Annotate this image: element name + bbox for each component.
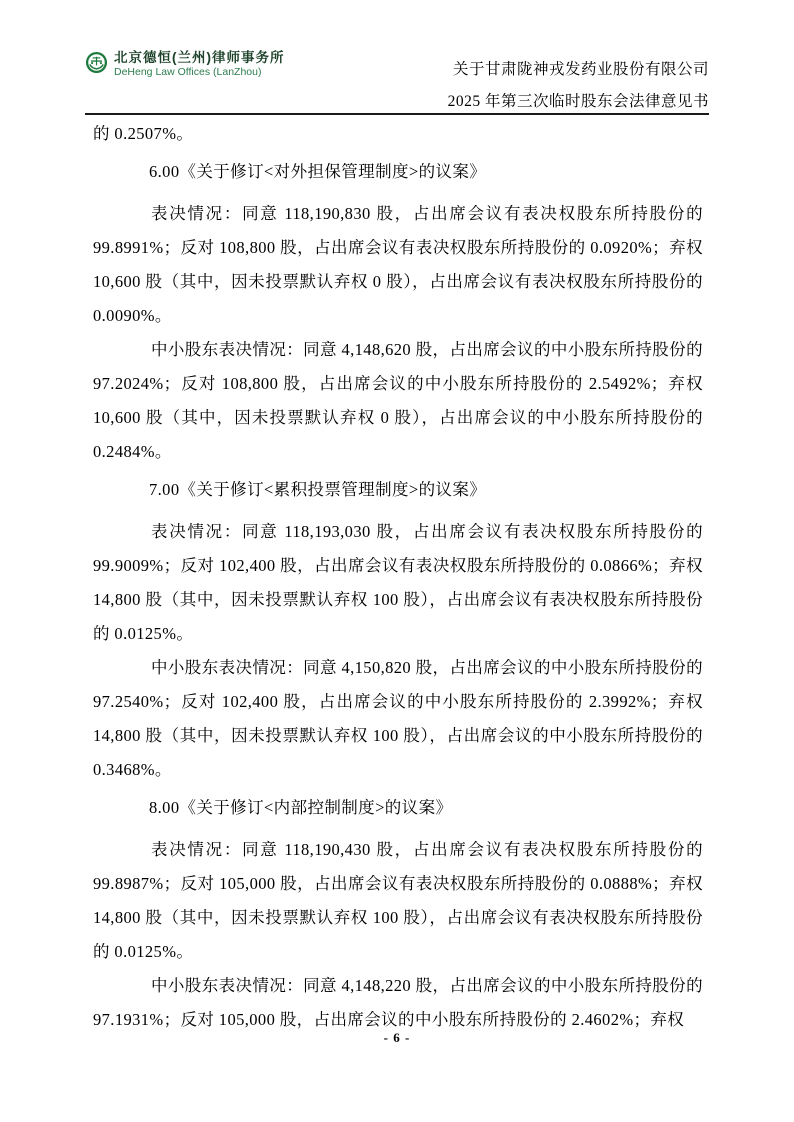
deheng-seal-icon (85, 51, 108, 74)
paragraph: 表决情况：同意 118,190,430 股，占出席会议有表决权股东所持股份的 9… (93, 833, 703, 969)
paragraph: 的 0.2507%。 (93, 117, 703, 151)
document-body: 的 0.2507%。6.00《关于修订<对外担保管理制度>的议案》表决情况：同意… (93, 117, 703, 1037)
page-footer: - 6 - (0, 1030, 794, 1046)
law-firm-brand: 北京德恒(兰州)律师事务所 DeHeng Law Offices (LanZho… (85, 50, 285, 79)
doc-title-line2: 2025 年第三次临时股东会法律意见书 (448, 86, 709, 118)
proposal-heading: 7.00《关于修订<累积投票管理制度>的议案》 (93, 473, 703, 507)
paragraph: 表决情况：同意 118,193,030 股，占出席会议有表决权股东所持股份的 9… (93, 515, 703, 651)
firm-name-zh: 北京德恒(兰州)律师事务所 (114, 50, 285, 66)
paragraph: 表决情况：同意 118,190,830 股，占出席会议有表决权股东所持股份的 9… (93, 197, 703, 333)
document-page: 北京德恒(兰州)律师事务所 DeHeng Law Offices (LanZho… (0, 0, 794, 1122)
firm-name-en: DeHeng Law Offices (LanZhou) (114, 66, 285, 79)
doc-title-line1: 关于甘肃陇神戎发药业股份有限公司 (448, 54, 709, 86)
paragraph: 中小股东表决情况：同意 4,148,620 股，占出席会议的中小股东所持股份的 … (93, 333, 703, 469)
document-title: 关于甘肃陇神戎发药业股份有限公司 2025 年第三次临时股东会法律意见书 (448, 54, 709, 118)
page-number: - 6 - (384, 1030, 411, 1045)
firm-names: 北京德恒(兰州)律师事务所 DeHeng Law Offices (LanZho… (114, 50, 285, 79)
paragraph: 中小股东表决情况：同意 4,150,820 股，占出席会议的中小股东所持股份的 … (93, 651, 703, 787)
proposal-heading: 8.00《关于修订<内部控制制度>的议案》 (93, 791, 703, 825)
page-header: 北京德恒(兰州)律师事务所 DeHeng Law Offices (LanZho… (85, 50, 709, 115)
proposal-heading: 6.00《关于修订<对外担保管理制度>的议案》 (93, 155, 703, 189)
paragraph: 中小股东表决情况：同意 4,148,220 股，占出席会议的中小股东所持股份的 … (93, 969, 703, 1037)
